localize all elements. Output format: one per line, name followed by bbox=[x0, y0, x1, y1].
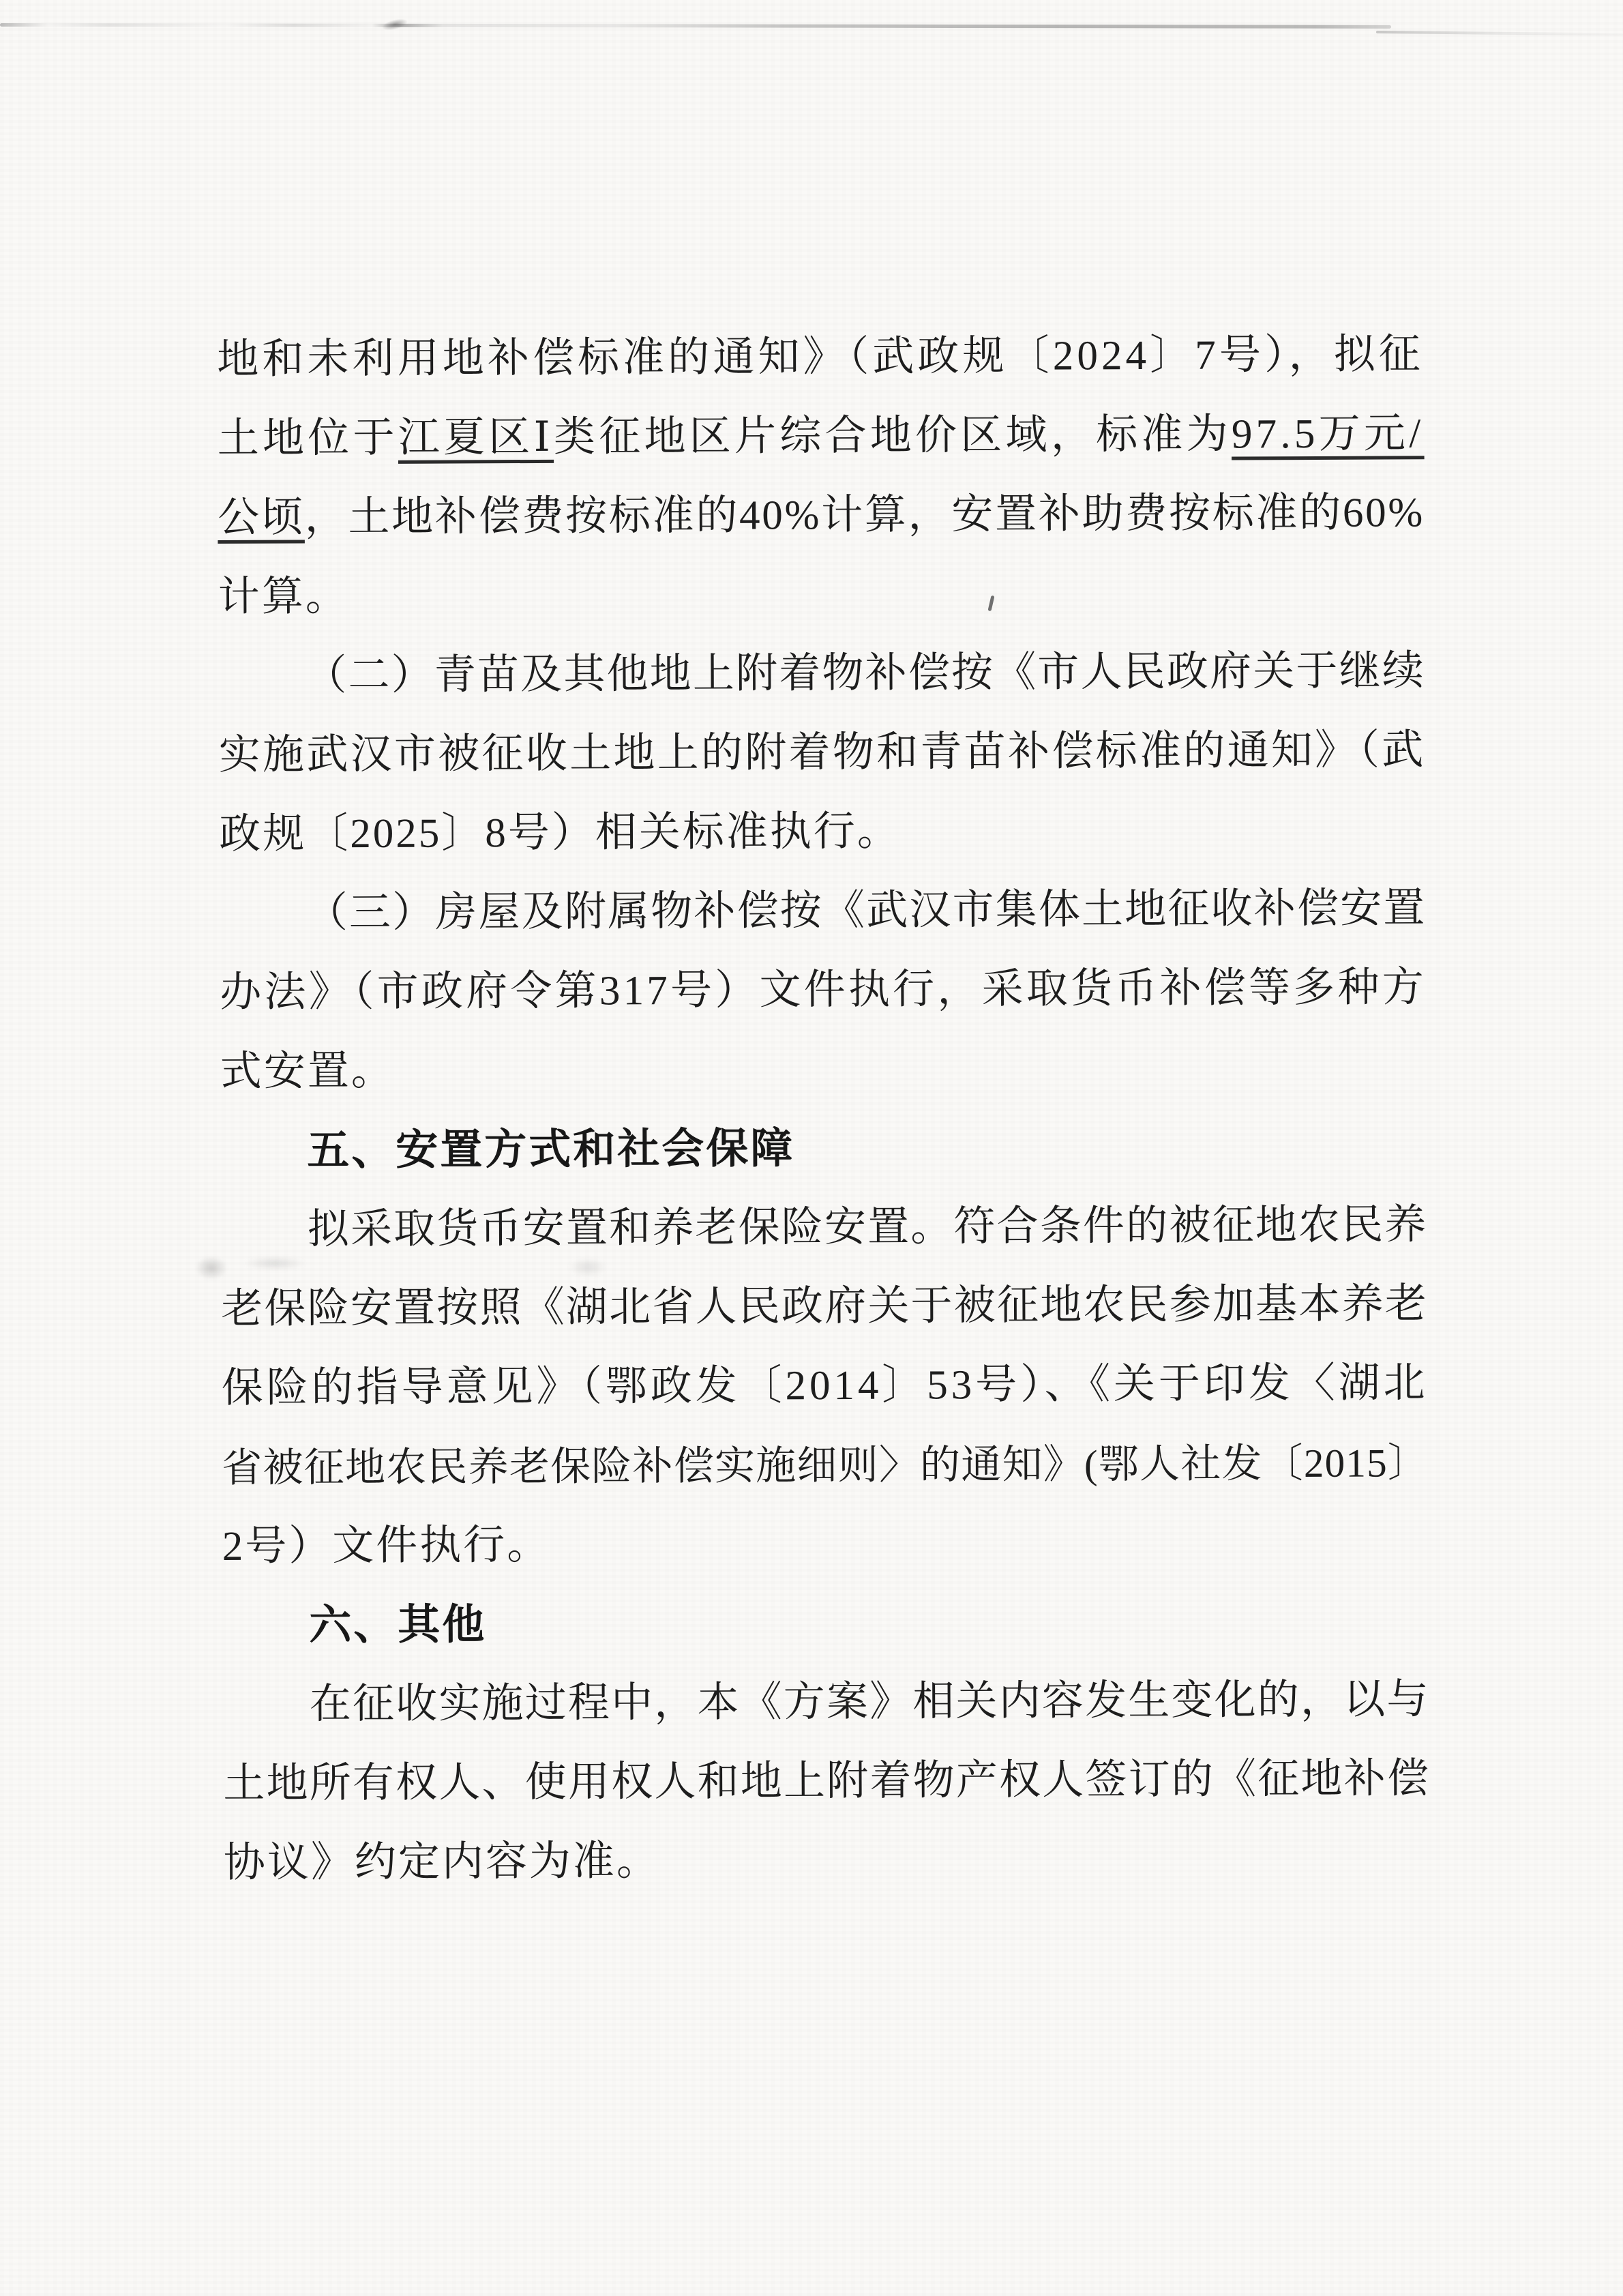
underlined-text: 97.5万元/ bbox=[1232, 411, 1425, 457]
section-heading: 六、其他 bbox=[222, 1581, 1429, 1666]
document-line: 办法》（市政府令第317号）文件执行，采取货币补偿等多种方 bbox=[220, 948, 1427, 1033]
line-content: 土地所有权人、使用权人和地上附着物产权人签订的《征地补偿 bbox=[223, 1756, 1430, 1807]
document-line: 协议》约定内容为准。 bbox=[224, 1819, 1431, 1903]
text-segment: 保险的指导意见》（鄂政发〔2014〕53号）、《关于印发〈湖北 bbox=[222, 1360, 1429, 1411]
text-segment: 计算。 bbox=[218, 574, 349, 620]
text-segment: 省被征地农民养老保险补偿实施细则〉的通知》(鄂人社发〔2015〕 bbox=[222, 1440, 1429, 1490]
document-line: 式安置。 bbox=[220, 1027, 1427, 1112]
line-content: 六、其他 bbox=[309, 1601, 486, 1649]
underlined-text: 公顷 bbox=[218, 495, 305, 541]
text-segment: 老保险安置按照《湖北省人民政府关于被征地农民参加基本养老 bbox=[221, 1281, 1428, 1332]
document-line: （三）房屋及附属物补偿按《武汉市集体土地征收补偿安置 bbox=[220, 869, 1427, 954]
line-content: 省被征地农民养老保险补偿实施细则〉的通知》(鄂人社发〔2015〕 bbox=[222, 1440, 1429, 1490]
line-content: （三）房屋及附属物补偿按《武汉市集体土地征收补偿安置 bbox=[306, 885, 1427, 936]
document-line: 拟采取货币安置和养老保险安置。符合条件的被征地农民养 bbox=[221, 1186, 1428, 1270]
document-line: 在征收实施过程中，本《方案》相关内容发生变化的，以与 bbox=[223, 1660, 1430, 1745]
text-segment: 式安置。 bbox=[220, 1048, 395, 1095]
line-content: 保险的指导意见》（鄂政发〔2014〕53号）、《关于印发〈湖北 bbox=[222, 1360, 1429, 1411]
text-segment: 六、其他 bbox=[309, 1601, 486, 1649]
document-line: 地和未利用地补偿标准的通知》（武政规〔2024〕7号），拟征 bbox=[217, 315, 1424, 400]
document-line: 老保险安置按照《湖北省人民政府关于被征地农民参加基本养老 bbox=[221, 1265, 1428, 1349]
line-content: 办法》（市政府令第317号）文件执行，采取货币补偿等多种方 bbox=[220, 965, 1427, 1016]
scanned-document-page: 地和未利用地补偿标准的通知》（武政规〔2024〕7号），拟征土地位于江夏区Ⅰ类征… bbox=[0, 0, 1623, 2296]
document-text-block: 地和未利用地补偿标准的通知》（武政规〔2024〕7号），拟征土地位于江夏区Ⅰ类征… bbox=[217, 315, 1431, 1903]
document-line: 保险的指导意见》（鄂政发〔2014〕53号）、《关于印发〈湖北 bbox=[222, 1344, 1429, 1428]
line-content: 2号）文件执行。 bbox=[222, 1522, 551, 1570]
line-content: 五、安置方式和社会保障 bbox=[307, 1125, 794, 1174]
document-line: 2号）文件执行。 bbox=[222, 1502, 1429, 1587]
text-segment: （二）青苗及其他地上附着物补偿按《市人民政府关于继续 bbox=[305, 648, 1425, 698]
scan-edge-line-artifact bbox=[0, 23, 1391, 29]
text-segment: ，土地补偿费按标准的40%计算，安置补助费按标准的60% bbox=[305, 490, 1425, 540]
document-line: 土地所有权人、使用权人和地上附着物产权人签订的《征地补偿 bbox=[223, 1739, 1430, 1824]
line-content: 计算。 bbox=[218, 574, 349, 620]
line-content: 老保险安置按照《湖北省人民政府关于被征地农民参加基本养老 bbox=[221, 1281, 1428, 1332]
document-line: 计算。 bbox=[218, 553, 1425, 637]
text-segment: 土地所有权人、使用权人和地上附着物产权人签订的《征地补偿 bbox=[223, 1756, 1430, 1807]
underlined-text: 江夏区Ⅰ bbox=[398, 415, 554, 461]
text-segment: 土地位于 bbox=[218, 415, 398, 462]
text-segment: 2号）文件执行。 bbox=[222, 1522, 551, 1570]
line-content: 协议》约定内容为准。 bbox=[224, 1838, 660, 1886]
text-segment: 拟采取货币安置和养老保险安置。符合条件的被征地农民养 bbox=[308, 1202, 1428, 1252]
line-content: （二）青苗及其他地上附着物补偿按《市人民政府关于继续 bbox=[305, 648, 1425, 698]
text-segment: 在征收实施过程中，本《方案》相关内容发生变化的，以与 bbox=[310, 1677, 1430, 1727]
text-segment: （三）房屋及附属物补偿按《武汉市集体土地征收补偿安置 bbox=[306, 885, 1427, 936]
document-line: 省被征地农民养老保险补偿实施细则〉的通知》(鄂人社发〔2015〕 bbox=[222, 1423, 1429, 1507]
document-line: 土地位于江夏区Ⅰ类征地区片综合地价区域，标准为97.5万元/ bbox=[218, 394, 1425, 479]
line-content: 政规〔2025〕8号）相关标准执行。 bbox=[219, 809, 901, 857]
line-content: 拟采取货币安置和养老保险安置。符合条件的被征地农民养 bbox=[308, 1202, 1428, 1252]
ink-blob-artifact bbox=[381, 17, 408, 33]
line-content: 土地位于江夏区Ⅰ类征地区片综合地价区域，标准为97.5万元/ bbox=[218, 411, 1425, 462]
document-line: 政规〔2025〕8号）相关标准执行。 bbox=[219, 790, 1426, 874]
scan-edge-line-right-artifact bbox=[1376, 31, 1623, 35]
line-content: 式安置。 bbox=[220, 1048, 395, 1095]
text-segment: 实施武汉市被征收土地上的附着物和青苗补偿标准的通知》（武 bbox=[219, 727, 1426, 778]
line-content: 公顷，土地补偿费按标准的40%计算，安置补助费按标准的60% bbox=[218, 490, 1425, 541]
text-segment: 类征地区片综合地价区域，标准为 bbox=[554, 412, 1232, 460]
text-segment: 地和未利用地补偿标准的通知》（武政规〔2024〕7号），拟征 bbox=[217, 332, 1424, 383]
line-content: 在征收实施过程中，本《方案》相关内容发生变化的，以与 bbox=[310, 1677, 1430, 1727]
document-line: 公顷，土地补偿费按标准的40%计算，安置补助费按标准的60% bbox=[218, 473, 1425, 558]
text-segment: 协议》约定内容为准。 bbox=[224, 1838, 660, 1886]
line-content: 实施武汉市被征收土地上的附着物和青苗补偿标准的通知》（武 bbox=[219, 727, 1426, 778]
text-segment: 五、安置方式和社会保障 bbox=[307, 1125, 794, 1174]
section-heading: 五、安置方式和社会保障 bbox=[220, 1106, 1427, 1191]
text-segment: 办法》（市政府令第317号）文件执行，采取货币补偿等多种方 bbox=[220, 965, 1427, 1016]
text-segment: 政规〔2025〕8号）相关标准执行。 bbox=[219, 809, 901, 857]
document-line: 实施武汉市被征收土地上的附着物和青苗补偿标准的通知》（武 bbox=[219, 711, 1426, 795]
line-content: 地和未利用地补偿标准的通知》（武政规〔2024〕7号），拟征 bbox=[217, 332, 1424, 383]
document-line: （二）青苗及其他地上附着物补偿按《市人民政府关于继续 bbox=[218, 632, 1425, 716]
